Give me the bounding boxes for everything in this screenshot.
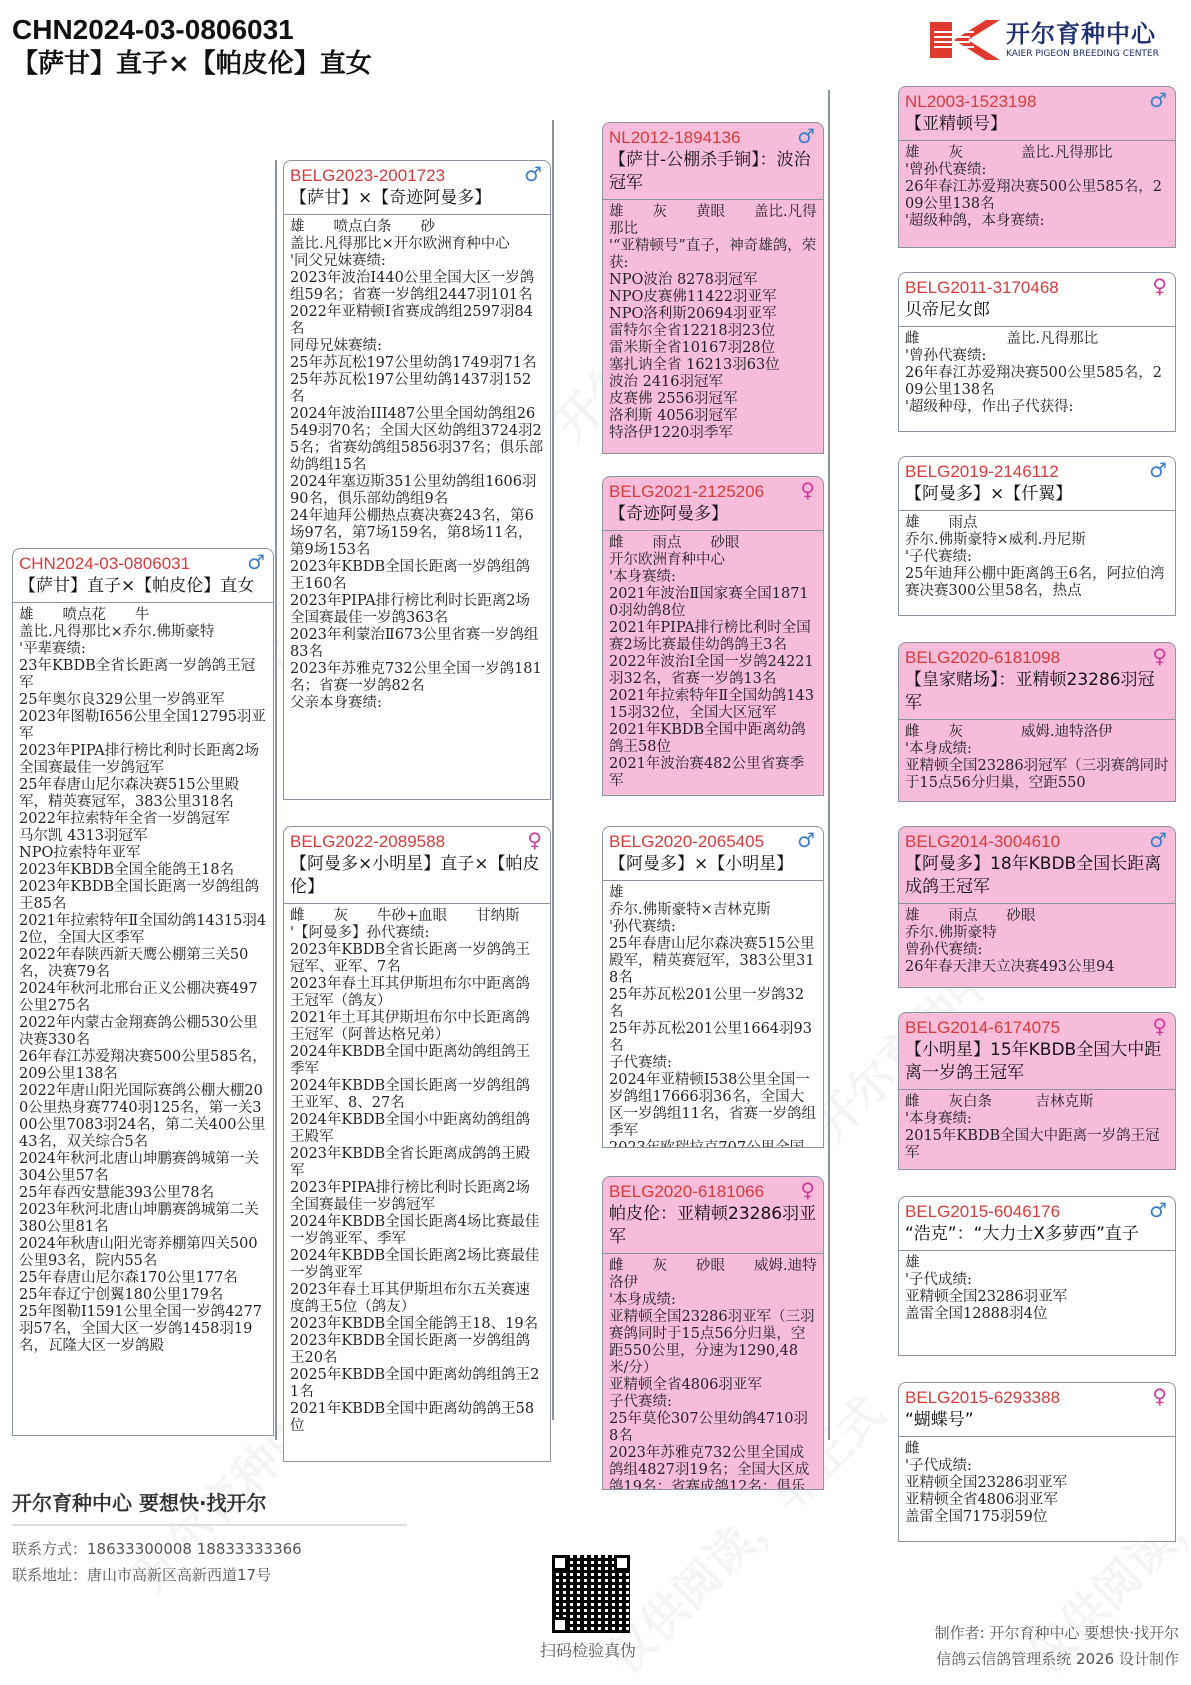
- detail-line: 2022年拉索特年全省一岁鸽冠军: [19, 811, 267, 828]
- detail-line: 25年莫伦307公里幼鸽4710羽8名: [609, 1411, 817, 1445]
- detail-line: 2021年波治赛482公里省赛季军: [609, 756, 817, 790]
- detail-line: 雌 盖比.凡得那比: [905, 331, 1169, 348]
- detail-line: 2023年KBDB全国长距离一岁鸽组鸽王160名: [290, 559, 544, 593]
- detail-line: 2023年KBDB全省长距离一岁鸽鸽王冠军、亚军、7名: [290, 942, 544, 976]
- detail-line: 亚精顿全国23286羽亚军: [905, 1475, 1169, 1492]
- detail-line: 2022年亚精顿I省赛成鸽组2597羽84名: [290, 304, 544, 338]
- detail-line: 25年迪拜公棚中距离鸽王6名，阿拉伯湾赛决赛300公里58名，热点: [905, 566, 1169, 600]
- detail-line: 2021年拉索特年Ⅱ全国幼鸽14315羽42位，全国大区季军: [19, 913, 267, 947]
- detail-line: 波治 2416羽冠军: [609, 374, 817, 391]
- male-icon: ♂: [247, 552, 265, 572]
- pigeon-card-sire-sire[interactable]: NL2012-1894136 【萨甘-公棚杀手锏】：波治冠军 ♂ 雄 灰 黄眼 …: [602, 122, 824, 454]
- detail-line: 25年苏瓦松201公里一岁鸽32名: [609, 987, 817, 1021]
- detail-line: 雌 灰白条 吉林克斯: [905, 1094, 1169, 1111]
- card-details: 雄 灰 黄眼 盖比.凡得那比'“亚精顿号”直子，神奇雄鸽，荣获:NPO波治 82…: [603, 200, 823, 446]
- pigeon-name: 帕皮伦：亚精顿23286羽亚军: [609, 1203, 817, 1249]
- card-details: 雄 喷点花 牛盖比.凡得那比×乔尔.佛斯豪特'平辈赛绩:23年KBDB全省长距离…: [13, 603, 273, 1359]
- detail-line: 雷米斯全省10167羽28位: [609, 340, 817, 357]
- detail-line: '曾孙代赛绩:: [905, 162, 1169, 179]
- detail-line: 23年KBDB全省长距离一岁鸽鸽王冠军: [19, 658, 267, 692]
- pigeon-name: 贝帝尼女郎: [905, 299, 1169, 322]
- footer-contact-block: 开尔育种中心 要想快·找开尔 联系方式：18633300008 18833333…: [12, 1490, 407, 1588]
- female-icon: ♀: [1152, 646, 1167, 666]
- female-icon: ♀: [800, 1180, 815, 1200]
- male-icon: ♂: [797, 830, 815, 850]
- title-pigeon-name: 【萨甘】直子×【帕皮伦】直女: [12, 46, 372, 82]
- detail-line: 2023年KBDB全省长距离成鸽鸽王殿军: [290, 1146, 544, 1180]
- male-icon: ♂: [1149, 460, 1167, 480]
- detail-line: 皮赛佛 2556羽冠军: [609, 391, 817, 408]
- detail-line: 盖比.凡得那比×开尔欧洲育种中心: [290, 236, 544, 253]
- detail-line: 26年春江苏爱翔决赛500公里585名，209公里138名: [905, 365, 1169, 399]
- detail-line: 25年春唐山尼尔森170公里177名: [19, 1270, 267, 1287]
- ring-number: BELG2023-2001723: [290, 165, 544, 187]
- detail-line: 2024年KBDB全国小中距离幼鸽组鸽王殿军: [290, 1112, 544, 1146]
- pigeon-name: 【阿曼多】18年KBDB全国长距离成鸽王冠军: [905, 853, 1169, 899]
- detail-line: '本身成绩:: [905, 741, 1169, 758]
- detail-line: '超级种母，作出子代获得:: [905, 399, 1169, 416]
- ring-number: CHN2024-03-0806031: [19, 553, 267, 575]
- detail-line: 25年奥尔良329公里一岁鸽亚军: [19, 692, 267, 709]
- detail-line: 曾孙代赛绩:: [905, 942, 1169, 959]
- detail-line: 2023年利蒙治Ⅱ673公里省赛一岁鸽组83名: [290, 627, 544, 661]
- detail-line: 2023年KBDB全国全能鸽王18、19名: [290, 1316, 544, 1333]
- detail-line: 26年春江苏爱翔决赛500公里585名，209公里138名: [19, 1049, 267, 1083]
- pigeon-card-ddd[interactable]: BELG2015-6293388 “蝴蝶号” ♀ 雌'子代成绩:亚精顿全国232…: [898, 1382, 1176, 1542]
- detail-line: 雄 喷点白条 砂: [290, 219, 544, 236]
- detail-line: 2024年秋唐山阳光寄养棚第四关500公里93名，院内55名: [19, 1236, 267, 1270]
- detail-line: 2021年土耳其伊斯坦布尔中长距离鸽王冠军（阿普达格兄弟）: [290, 1010, 544, 1044]
- card-details: 雄'子代成绩:亚精顿全国23286羽亚军盖雷全国12888羽4位: [899, 1251, 1175, 1327]
- detail-line: 25年苏瓦松197公里幼鸽1749羽71名: [290, 355, 544, 372]
- detail-line: 乔尔.佛斯豪特×威利.丹尼斯: [905, 532, 1169, 549]
- pigeon-name: “蝴蝶号”: [905, 1409, 1169, 1432]
- pigeon-name: 【萨甘】直子×【帕皮伦】直女: [19, 575, 267, 598]
- detail-line: NPO皮赛佛11422羽亚军: [609, 289, 817, 306]
- detail-line: 雄: [609, 885, 817, 902]
- female-icon: ♀: [1152, 1016, 1167, 1036]
- detail-line: 2022年唐山阳光国际赛鸽公棚大棚200公里热身赛7740羽125名，第一关30…: [19, 1083, 267, 1151]
- footer-brand: 开尔育种中心 要想快·找开尔: [12, 1490, 407, 1526]
- card-details: 雌 灰 牛砂+血眼 甘纳斯'【阿曼多】孙代赛绩:2023年KBDB全省长距离一岁…: [284, 904, 550, 1439]
- ring-number: BELG2020-6181098: [905, 647, 1169, 669]
- male-icon: ♂: [524, 164, 542, 184]
- detail-line: '曾孙代赛绩:: [905, 348, 1169, 365]
- ring-number: NL2012-1894136: [609, 127, 817, 149]
- card-details: 雌 雨点 砂眼开尔欧洲育种中心'本身赛绩:2021年波治Ⅱ国家赛全国18710羽…: [603, 531, 823, 794]
- female-icon: ♀: [527, 830, 542, 850]
- logo-en-text: KAIER PIGEON BREEDING CENTER: [1006, 48, 1159, 60]
- brand-logo: 开尔育种中心 KAIER PIGEON BREEDING CENTER: [930, 18, 1159, 62]
- detail-line: 2022年春陕西新天鹰公棚第三关50名，决赛79名: [19, 947, 267, 981]
- detail-line: NPO波治 8278羽冠军: [609, 272, 817, 289]
- detail-line: 25年苏瓦松197公里幼鸽1437羽152名: [290, 372, 544, 406]
- pigeon-card-subject[interactable]: CHN2024-03-0806031 【萨甘】直子×【帕皮伦】直女 ♂ 雄 喷点…: [12, 548, 274, 1436]
- pigeon-card-sds[interactable]: BELG2019-2146112 【阿曼多】×【仟翼】 ♂ 雄 雨点乔尔.佛斯豪…: [898, 456, 1176, 616]
- pigeon-card-dam[interactable]: BELG2022-2089588 【阿曼多×小明星】直子×【帕皮伦】 ♀ 雌 灰…: [283, 826, 551, 1462]
- detail-line: 2023年苏雅克732公里全国一岁鸽181名；省赛一岁鸽82名: [290, 661, 544, 695]
- detail-line: 雌 灰 牛砂+血眼 甘纳斯: [290, 908, 544, 925]
- pigeon-name: 【皇家赌场】：亚精顿23286羽冠军: [905, 669, 1169, 715]
- card-details: 雄 雨点 砂眼乔尔.佛斯豪特曾孙代赛绩:26年春天津天立决赛493公里94: [899, 904, 1175, 980]
- detail-line: 雌 灰 砂眼 威姆.迪特洛伊: [609, 1258, 817, 1292]
- pigeon-name: 【小明星】15年KBDB全国大中距离一岁鸽王冠军: [905, 1039, 1169, 1085]
- detail-line: 25年春唐山尼尔森决赛515公里殿军，精英赛冠军，383公里318名: [609, 936, 817, 987]
- detail-line: 雄 喷点花 牛: [19, 607, 267, 624]
- detail-line: 2021年PIPA排行榜比利时全国赛2场比赛最佳幼鸽鸽王3名: [609, 620, 817, 654]
- detail-line: 2023年秋河北唐山坤鹏赛鸽城第二关380公里81名: [19, 1202, 267, 1236]
- detail-line: 2024年秋河北唐山坤鹏赛鸽城第一关304公里57名: [19, 1151, 267, 1185]
- detail-line: 2023年苏雅克732公里全国成鸽组4827羽19名；全国大区成鸽19名；省赛成…: [609, 1445, 817, 1490]
- detail-line: '子代成绩:: [905, 1458, 1169, 1475]
- detail-line: '孙代赛绩:: [609, 919, 817, 936]
- detail-line: '“亚精顿号”直子，神奇雄鸽，荣获:: [609, 238, 817, 272]
- detail-line: 26年春江苏爱翔决赛500公里585名，209公里138名: [905, 179, 1169, 213]
- detail-line: 2023年波治Ⅰ440公里全国大区一岁鸽组59名；省赛一岁鸽组2447羽101名: [290, 270, 544, 304]
- detail-line: 雄 雨点 砂眼: [905, 908, 1169, 925]
- detail-line: 26年春天津天立决赛493公里94: [905, 959, 1169, 976]
- detail-line: 2021年KBDB全国中距离幼鸽鸽王58位: [290, 1401, 544, 1435]
- qr-code-icon: [552, 1555, 630, 1633]
- male-icon: ♂: [1149, 90, 1167, 110]
- logo-cn-text: 开尔育种中心: [1006, 20, 1159, 48]
- detail-line: NPO拉索特年亚军: [19, 845, 267, 862]
- pigeon-name: 【萨甘-公棚杀手锏】：波治冠军: [609, 149, 817, 195]
- pigeon-card-dss[interactable]: BELG2014-3004610 【阿曼多】18年KBDB全国长距离成鸽王冠军 …: [898, 826, 1176, 988]
- pigeon-name: “浩克”：“大力士X多萝西”直子: [905, 1223, 1169, 1246]
- detail-line: 盖比.凡得那比×乔尔.佛斯豪特: [19, 624, 267, 641]
- kaier-logo-icon: [930, 18, 1000, 62]
- detail-line: '本身赛绩:: [905, 1111, 1169, 1128]
- card-details: 雄 雨点乔尔.佛斯豪特×威利.丹尼斯'子代赛绩:25年迪拜公棚中距离鸽王6名，阿…: [899, 511, 1175, 604]
- detail-line: 洛利斯 4056羽冠军: [609, 408, 817, 425]
- male-icon: ♂: [1149, 830, 1167, 850]
- detail-line: 2024年KBDB全国中距离幼鸽组鸽王季军: [290, 1044, 544, 1078]
- card-details: 雄乔尔.佛斯豪特×吉林克斯'孙代赛绩:25年春唐山尼尔森决赛515公里殿军，精英…: [603, 881, 823, 1148]
- detail-line: '本身成绩:: [609, 1292, 817, 1309]
- detail-line: 2023年PIPA排行榜比利时长距离2场全国赛最佳一岁鸽363名: [290, 593, 544, 627]
- detail-line: 2021年波治Ⅱ国家赛全国18710羽幼鸽8位: [609, 586, 817, 620]
- detail-line: '子代赛绩:: [905, 549, 1169, 566]
- detail-line: 亚精顿全省4806羽亚军: [609, 1377, 817, 1394]
- pigeon-card-dam-sire[interactable]: BELG2020-2065405 【阿曼多】×【小明星】 ♂ 雄乔尔.佛斯豪特×…: [602, 826, 824, 1148]
- detail-line: 雄 灰 盖比.凡得那比: [905, 145, 1169, 162]
- detail-line: 25年春唐山尼尔森决赛515公里殿军，精英赛冠军，383公里318名: [19, 777, 267, 811]
- pigeon-name: 【萨甘】×【奇迹阿曼多】: [290, 187, 544, 210]
- ring-number: BELG2015-6293388: [905, 1387, 1169, 1409]
- detail-line: '子代成绩:: [905, 1272, 1169, 1289]
- ring-number: BELG2015-6046176: [905, 1201, 1169, 1223]
- pigeon-card-dsd[interactable]: BELG2014-6174075 【小明星】15年KBDB全国大中距离一岁鸽王冠…: [898, 1012, 1176, 1170]
- pigeon-name: 【阿曼多×小明星】直子×【帕皮伦】: [290, 853, 544, 899]
- ring-number: BELG2014-6174075: [905, 1017, 1169, 1039]
- detail-line: 2023年欧瑞拉克707公里全国一岁鸽组6512羽31名，全国大区一岁鸽组22名…: [609, 1140, 817, 1148]
- detail-line: 2024年塞迈斯351公里幼鸽组1606羽90名，俱乐部幼鸽组9名: [290, 474, 544, 508]
- page-title: CHN2024-03-0806031 【萨甘】直子×【帕皮伦】直女: [12, 14, 372, 82]
- detail-line: 24年迪拜公棚热点赛决赛243名，第6场97名，第7场159名，第8场11名，第…: [290, 508, 544, 559]
- detail-line: 2024年波治III487公里全国幼鸽组26549羽70名；全国大区幼鸽组372…: [290, 406, 544, 474]
- pigeon-name: 【阿曼多】×【小明星】: [609, 853, 817, 876]
- detail-line: 2025年KBDB全国中距离幼鸽组鸽王21名: [290, 1367, 544, 1401]
- female-icon: ♀: [1152, 276, 1167, 296]
- detail-line: 2024年KBDB全国长距离一岁鸽组鸽王亚军、8、27名: [290, 1078, 544, 1112]
- ring-number: BELG2021-2125206: [609, 481, 817, 503]
- detail-line: 子代赛绩:: [609, 1394, 817, 1411]
- detail-line: 盖雷全国7175羽59位: [905, 1509, 1169, 1526]
- pigeon-card-sss[interactable]: NL2003-1523198 【亚精顿号】 ♂ 雄 灰 盖比.凡得那比'曾孙代赛…: [898, 86, 1176, 248]
- female-icon: ♀: [800, 480, 815, 500]
- detail-line: 子代赛绩:: [609, 1055, 817, 1072]
- card-details: 雌 盖比.凡得那比'曾孙代赛绩:26年春江苏爱翔决赛500公里585名，209公…: [899, 327, 1175, 420]
- detail-line: '本身赛绩:: [609, 569, 817, 586]
- detail-line: 2023年PIPA排行榜比利时长距离2场全国赛最佳一岁鸽冠军: [19, 743, 267, 777]
- ring-number: BELG2020-2065405: [609, 831, 817, 853]
- card-details: 雌 灰 砂眼 威姆.迪特洛伊'本身成绩:亚精顿全国23286羽亚军（三羽赛鸽同时…: [603, 1254, 823, 1490]
- tree-connector: [275, 160, 277, 1440]
- detail-line: 开尔欧洲育种中心: [609, 552, 817, 569]
- pigeon-card-dds[interactable]: BELG2015-6046176 “浩克”：“大力士X多萝西”直子 ♂ 雄'子代…: [898, 1196, 1176, 1356]
- detail-line: 亚精顿全国23286羽亚军（三羽赛鸽同时于15点56分归巢，空距550公里，分速…: [609, 1309, 817, 1377]
- card-details: 雌'子代成绩:亚精顿全国23286羽亚军亚精顿全省4806羽亚军盖雷全国7175…: [899, 1437, 1175, 1530]
- detail-line: 乔尔.佛斯豪特×吉林克斯: [609, 902, 817, 919]
- detail-line: 同母兄妹赛绩:: [290, 338, 544, 355]
- detail-line: 雄: [905, 1255, 1169, 1272]
- detail-line: 雷特尔全省12218羽23位: [609, 323, 817, 340]
- detail-line: 2024年KBDB全国长距离2场比赛最佳一岁鸽亚军: [290, 1248, 544, 1282]
- detail-line: 雌: [905, 1441, 1169, 1458]
- pigeon-card-sdd[interactable]: BELG2020-6181098 【皇家赌场】：亚精顿23286羽冠军 ♀ 雌 …: [898, 642, 1176, 802]
- male-icon: ♂: [1149, 1200, 1167, 1220]
- male-icon: ♂: [797, 126, 815, 146]
- title-ring-id: CHN2024-03-0806031: [12, 14, 372, 46]
- detail-line: 雄 灰 黄眼 盖比.凡得那比: [609, 204, 817, 238]
- detail-line: 25年图勒I1591公里全国一岁鸽4277羽57名，全国大区一岁鸽1458羽19…: [19, 1304, 267, 1355]
- qr-caption: 扫码检验真伪: [540, 1638, 636, 1661]
- detail-line: 雌 灰 威姆.迪特洛伊: [905, 724, 1169, 741]
- female-icon: ♀: [1152, 1386, 1167, 1406]
- detail-line: 2022年内蒙古金翔赛鸽公棚530公里决赛330名: [19, 1015, 267, 1049]
- detail-line: 2024年亚精顿I538公里全国一岁鸽组17666羽36名，全国大区一岁鸽组11…: [609, 1072, 817, 1140]
- detail-line: 2023年KBDB全国全能鸽王18名: [19, 862, 267, 879]
- ring-number: BELG2014-3004610: [905, 831, 1169, 853]
- detail-line: 父亲本身赛绩:: [290, 695, 544, 712]
- detail-line: 雌 雨点 砂眼: [609, 535, 817, 552]
- tree-connector: [828, 90, 830, 1440]
- pigeon-card-sire-dam[interactable]: BELG2021-2125206 【奇迹阿曼多】 ♀ 雌 雨点 砂眼开尔欧洲育种…: [602, 476, 824, 796]
- card-details: 雄 喷点白条 砂盖比.凡得那比×开尔欧洲育种中心'同父兄妹赛绩:2023年波治Ⅰ…: [284, 215, 550, 716]
- detail-line: '【阿曼多】孙代赛绩:: [290, 925, 544, 942]
- detail-line: 2024年KBDB全国长距离4场比赛最佳一岁鸽亚军、季军: [290, 1214, 544, 1248]
- detail-line: 25年春西安慧能393公里78名: [19, 1185, 267, 1202]
- card-details: 雄 灰 盖比.凡得那比'曾孙代赛绩:26年春江苏爱翔决赛500公里585名，20…: [899, 141, 1175, 234]
- detail-line: 乔尔.佛斯豪特: [905, 925, 1169, 942]
- footer-system: 信鸽云信鸽管理系统 2026 设计制作: [935, 1646, 1179, 1672]
- ring-number: NL2003-1523198: [905, 91, 1169, 113]
- detail-line: '平辈赛绩:: [19, 641, 267, 658]
- detail-line: 亚精顿全省4806羽亚军: [905, 1492, 1169, 1509]
- detail-line: '超级种鸽，本身赛绩:: [905, 213, 1169, 230]
- detail-line: 25年苏瓦松201公里1664羽93名: [609, 1021, 817, 1055]
- ring-number: BELG2022-2089588: [290, 831, 544, 853]
- detail-line: 特洛伊1220羽季军: [609, 425, 817, 442]
- detail-line: 盖雷全国12888羽4位: [905, 1306, 1169, 1323]
- ring-number: BELG2019-2146112: [905, 461, 1169, 483]
- pigeon-name: 【奇迹阿曼多】: [609, 503, 817, 526]
- detail-line: 2023年春土耳其伊斯坦布尔五关赛速度鸽王5位（鸽友）: [290, 1282, 544, 1316]
- detail-line: 2021年KBDB全国中距离幼鸽鸽王58位: [609, 722, 817, 756]
- detail-line: 2023年PIPA排行榜比利时长距离2场全国赛最佳一岁鸽冠军: [290, 1180, 544, 1214]
- detail-line: 2015年KBDB全国大中距离一岁鸽王冠军: [905, 1128, 1169, 1162]
- card-details: 雌 灰白条 吉林克斯'本身赛绩:2015年KBDB全国大中距离一岁鸽王冠军: [899, 1090, 1175, 1166]
- detail-line: 塞扎讷全省 16213羽63位: [609, 357, 817, 374]
- tree-connector: [552, 120, 554, 1420]
- detail-line: 2022年波治I全国一岁鸽24221羽32名，省赛一岁鸽13名: [609, 654, 817, 688]
- footer-address: 联系地址：唐山市高新区高新西道17号: [12, 1562, 407, 1588]
- ring-number: BELG2020-6181066: [609, 1181, 817, 1203]
- detail-line: 2023年KBDB全国长距离一岁鸽组鸽王85名: [19, 879, 267, 913]
- pigeon-name: 【阿曼多】×【仟翼】: [905, 483, 1169, 506]
- detail-line: 雄 雨点: [905, 515, 1169, 532]
- detail-line: 亚精顿全国23286羽亚军: [905, 1289, 1169, 1306]
- footer-phone: 联系方式：18633300008 18833333366: [12, 1536, 407, 1562]
- pigeon-name: 【亚精顿号】: [905, 113, 1169, 136]
- pigeon-card-ssd[interactable]: BELG2011-3170468 贝帝尼女郎 ♀ 雌 盖比.凡得那比'曾孙代赛绩…: [898, 272, 1176, 432]
- footer-maker: 制作者: 开尔育种中心 要想快·找开尔: [935, 1620, 1179, 1646]
- pigeon-card-sire[interactable]: BELG2023-2001723 【萨甘】×【奇迹阿曼多】 ♂ 雄 喷点白条 砂…: [283, 160, 551, 800]
- ring-number: BELG2011-3170468: [905, 277, 1169, 299]
- detail-line: 马尔凯 4313羽冠军: [19, 828, 267, 845]
- detail-line: 2023年图勒I656公里全国12795羽亚军: [19, 709, 267, 743]
- detail-line: '同父兄妹赛绩:: [290, 253, 544, 270]
- detail-line: 25年春辽宁创翼180公里179名: [19, 1287, 267, 1304]
- detail-line: 2023年KBDB全国长距离一岁鸽组鸽王20名: [290, 1333, 544, 1367]
- detail-line: 2024年秋河北邢台正义公棚决赛497公里275名: [19, 981, 267, 1015]
- footer-credits: 制作者: 开尔育种中心 要想快·找开尔 信鸽云信鸽管理系统 2026 设计制作: [935, 1620, 1179, 1672]
- card-details: 雌 灰 威姆.迪特洛伊'本身成绩:亚精顿全国23286羽冠军（三羽赛鸽同时于15…: [899, 720, 1175, 796]
- detail-line: 2023年春土耳其伊斯坦布尔中距离鸽王冠军（鸽友）: [290, 976, 544, 1010]
- detail-line: 亚精顿全国23286羽冠军（三羽赛鸽同时于15点56分归巢，空距550: [905, 758, 1169, 792]
- detail-line: NPO洛利斯20694羽亚军: [609, 306, 817, 323]
- pigeon-card-dam-dam[interactable]: BELG2020-6181066 帕皮伦：亚精顿23286羽亚军 ♀ 雌 灰 砂…: [602, 1176, 824, 1490]
- detail-line: 2021年拉索特年Ⅱ全国幼鸽14315羽32位，全国大区冠军: [609, 688, 817, 722]
